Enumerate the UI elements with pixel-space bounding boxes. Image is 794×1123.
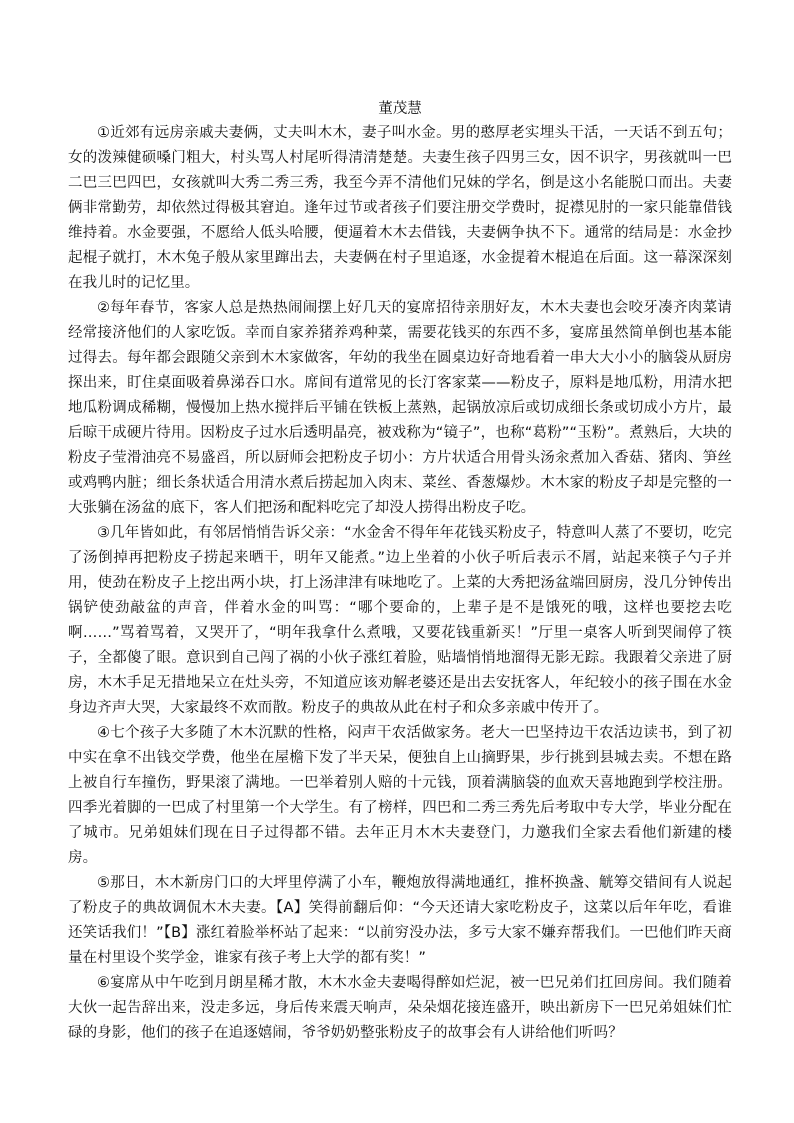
paragraph-5: ⑤那日，木木新房门口的大坪里停满了小车，鞭炮放得满地通红，推杯换盏、觥筹交错间有…: [68, 871, 732, 971]
paragraph-4: ④七个孩子大多随了木木沉默的性格，闷声干农活做家务。老大一巴坚持边干农活边读书，…: [68, 721, 732, 871]
author-name: 董茂慧: [68, 97, 732, 121]
paragraph-1: ①近郊有远房亲戚夫妻俩，丈夫叫木木，妻子叫水金。男的憨厚老实埋头干活，一天话不到…: [68, 121, 732, 296]
paragraph-3: ③几年皆如此，有邻居悄悄告诉父亲：“水金舍不得年年花钱买粉皮子，特意叫人蒸了不要…: [68, 521, 732, 721]
paragraph-2: ②每年春节，客家人总是热热闹闹摆上好几天的宴席招待亲朋好友，木木夫妻也会咬牙凑齐…: [68, 296, 732, 521]
document-page: 董茂慧 ①近郊有远房亲戚夫妻俩，丈夫叫木木，妻子叫水金。男的憨厚老实埋头干活，一…: [68, 97, 732, 1046]
paragraph-6: ⑥宴席从中午吃到月朗星稀才散，木木水金夫妻喝得醉如烂泥，被一巴兄弟们扛回房间。我…: [68, 971, 732, 1046]
